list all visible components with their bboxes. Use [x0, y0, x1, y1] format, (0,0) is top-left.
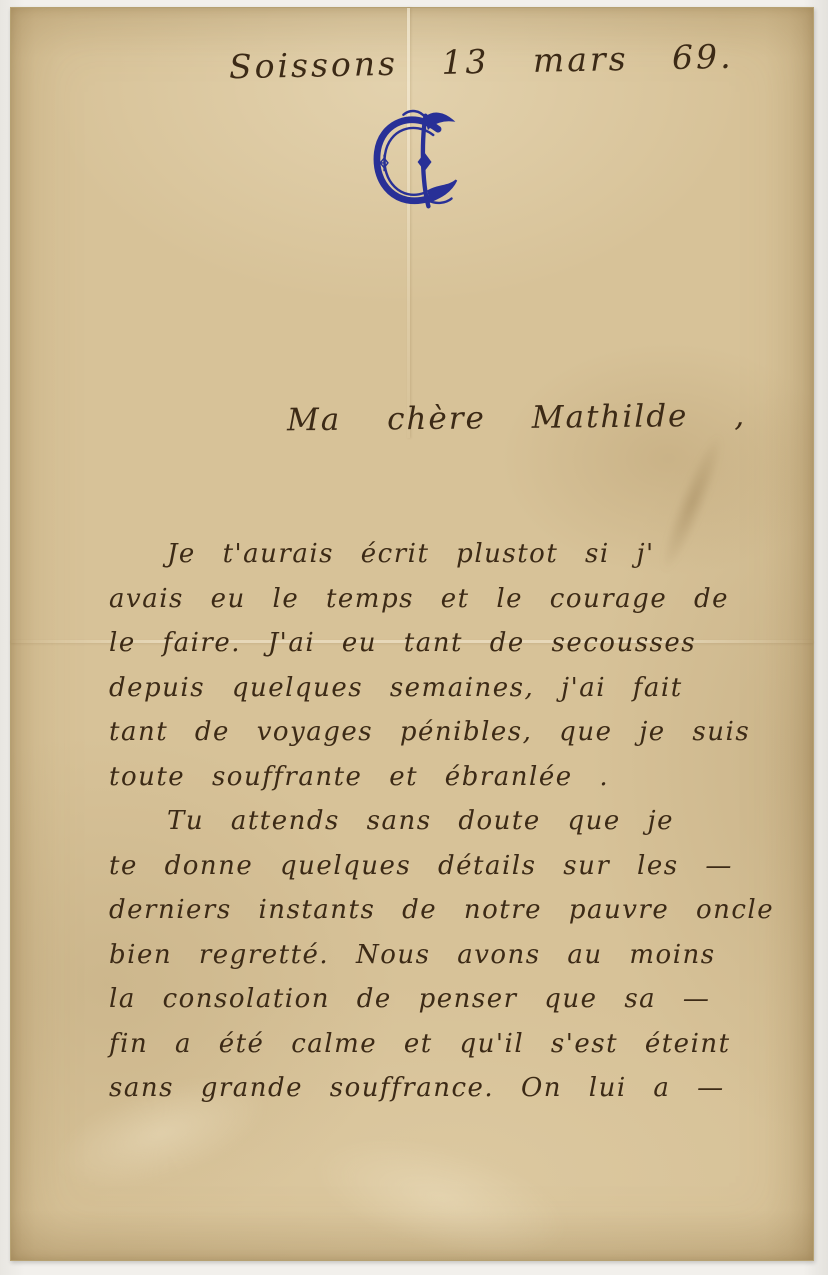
letter-line: toute souffrante et ébranlée . — [109, 755, 789, 800]
paper-sheen — [302, 1116, 579, 1275]
letter-line: le faire. J'ai eu tant de secousses — [109, 621, 789, 666]
letter-line: depuis quelques semaines, j'ai fait — [109, 666, 789, 711]
salutation: Ma chère Mathilde , — [287, 398, 747, 439]
letter-line: fin a été calme et qu'il s'est éteint — [109, 1022, 789, 1067]
letter-line: Tu attends sans doute que je — [109, 799, 789, 844]
letter-page: Soissons 13 mars 69. Ma chère Mathilde ,… — [10, 7, 814, 1261]
monogram-icon — [347, 108, 479, 214]
date-line: Soissons 13 mars 69. — [229, 37, 734, 87]
letter-line: tant de voyages pénibles, que je suis — [109, 710, 789, 755]
letter-line: la consolation de penser que sa — — [109, 977, 789, 1022]
scan-background: Soissons 13 mars 69. Ma chère Mathilde ,… — [0, 0, 828, 1275]
letter-line: bien regretté. Nous avons au moins — [109, 933, 789, 978]
letter-line: avais eu le temps et le courage de — [109, 577, 789, 622]
letter-line: te donne quelques détails sur les — — [109, 844, 789, 889]
letter-line: derniers instants de notre pauvre oncle — [109, 888, 789, 933]
letter-body: Je t'aurais écrit plustot si j' avais eu… — [109, 532, 789, 1111]
letter-line: Je t'aurais écrit plustot si j' — [109, 532, 789, 577]
letter-line: sans grande souffrance. On lui a — — [109, 1066, 789, 1111]
